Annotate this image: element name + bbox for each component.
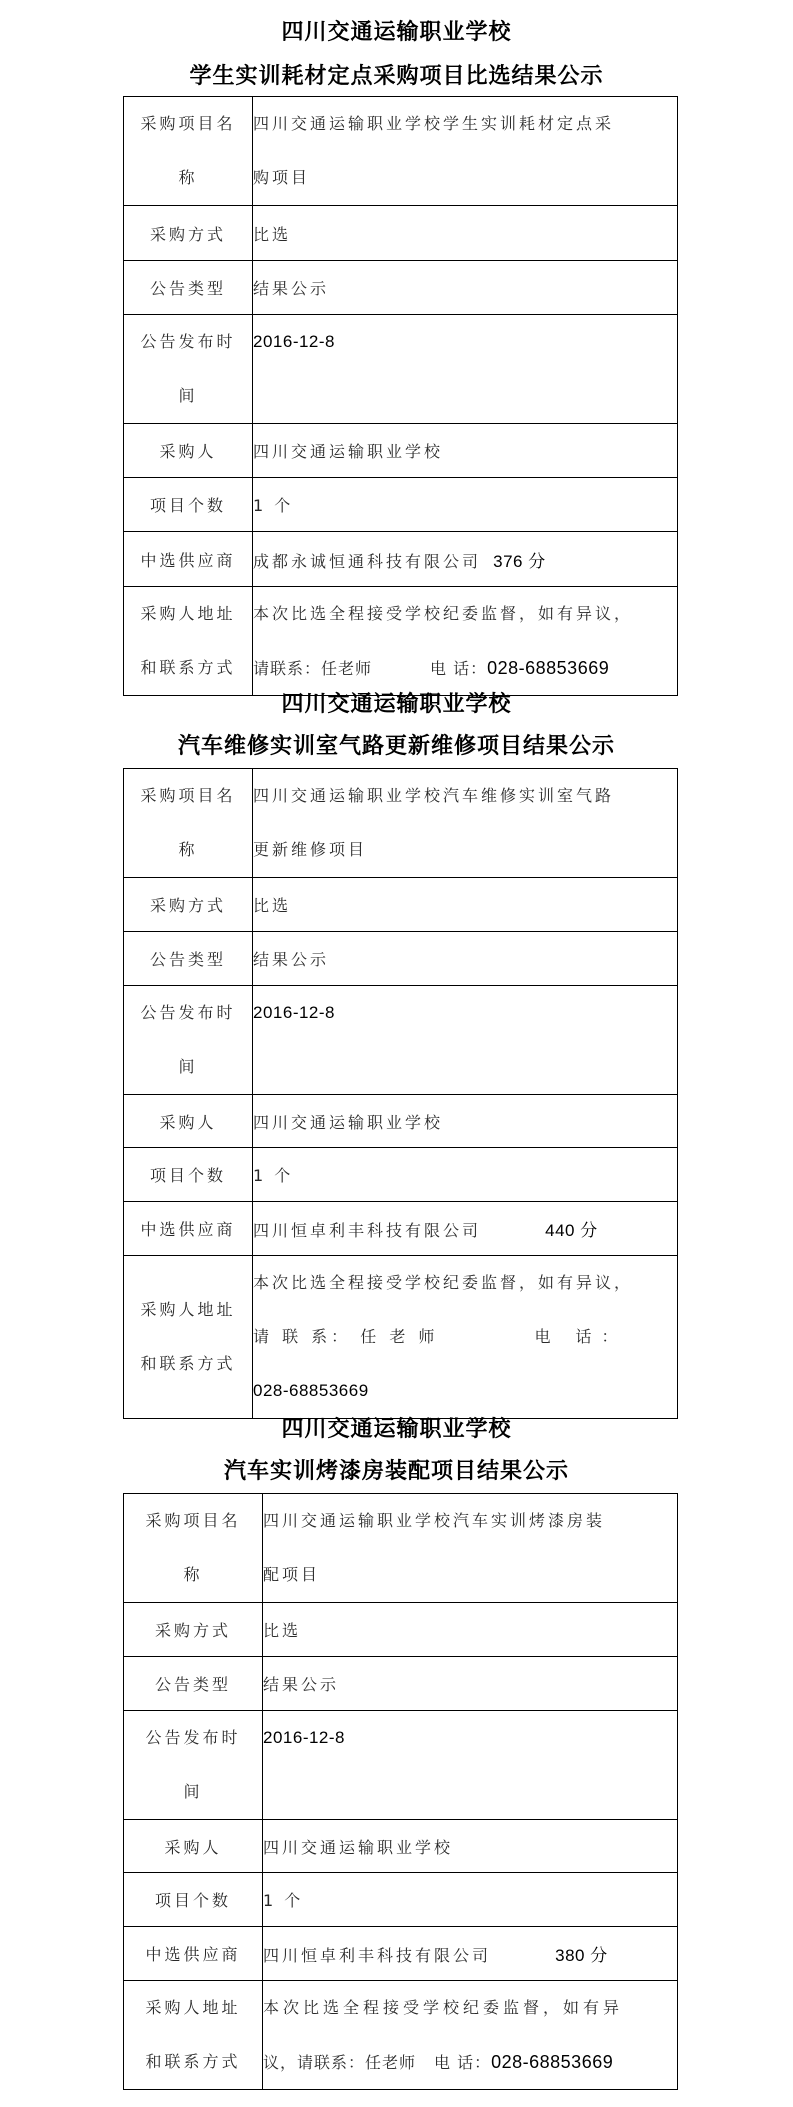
label-project-name: 采购项目名 称	[124, 1494, 263, 1603]
table-row-publish-time: 公告发布时 间 2016-12-8	[124, 315, 678, 424]
notice-1-school-title: 四川交通运输职业学校	[0, 18, 793, 48]
label-line: 间	[124, 1040, 252, 1094]
notice-2-table: 采购项目名 称 四川交通运输职业学校汽车维修实训室气路 更新维修项目 采购方式 …	[123, 768, 678, 1419]
table-row-item-count: 项目个数 1 个	[124, 478, 678, 532]
label-line: 公告发布时	[124, 986, 252, 1040]
table-row-contact: 采购人地址 和联系方式 本次比选全程接受学校纪委监督，如有异议， 请联系：任老师…	[124, 587, 678, 696]
value-supplier: 成都永诚恒通科技有限公司 376 分	[253, 532, 678, 587]
value-publish-time: 2016-12-8	[263, 1711, 678, 1820]
table-row-supplier: 中选供应商 四川恒卓利丰科技有限公司 440 分	[124, 1202, 678, 1256]
value-line: 四川交通运输职业学校学生实训耗材定点采	[253, 97, 677, 151]
value-project-name: 四川交通运输职业学校汽车维修实训室气路 更新维修项目	[253, 769, 678, 878]
date-value: 2016-12-8	[253, 315, 677, 369]
label-purchaser: 采购人	[124, 1820, 263, 1873]
value-method: 比选	[253, 206, 678, 261]
label-method: 采购方式	[124, 878, 253, 932]
table-row-type: 公告类型 结果公示	[124, 932, 678, 986]
notice-1-title: 学生实训耗材定点采购项目比选结果公示	[0, 62, 793, 92]
table-row-project-name: 采购项目名 称 四川交通运输职业学校汽车维修实训室气路 更新维修项目	[124, 769, 678, 878]
label-line: 称	[124, 151, 252, 205]
label-publish-time: 公告发布时 间	[124, 1711, 263, 1820]
value-publish-time: 2016-12-8	[253, 315, 678, 424]
label-item-count: 项目个数	[124, 1873, 263, 1927]
label-line: 称	[124, 823, 252, 877]
table-row-item-count: 项目个数 1 个	[124, 1873, 678, 1927]
label-line: 间	[124, 369, 252, 423]
supplier-name: 四川恒卓利丰科技有限公司	[263, 1946, 491, 1965]
label-project-name: 采购项目名 称	[124, 97, 253, 206]
phone-number: 028-68853669	[491, 2052, 613, 2072]
table-row-item-count: 项目个数 1 个	[124, 1148, 678, 1202]
label-method: 采购方式	[124, 1603, 263, 1657]
table-row-method: 采购方式 比选	[124, 878, 678, 932]
label-supplier: 中选供应商	[124, 1927, 263, 1981]
value-item-count: 1 个	[263, 1873, 678, 1927]
label-line: 采购人地址	[124, 1981, 262, 2035]
label-type: 公告类型	[124, 932, 253, 986]
empty-line	[263, 1765, 677, 1819]
contact-person: 请 联 系： 任 老 师	[253, 1327, 438, 1346]
table-row-project-name: 采购项目名 称 四川交通运输职业学校汽车实训烤漆房装 配项目	[124, 1494, 678, 1603]
contact-person: 请联系：任老师	[253, 659, 372, 678]
label-supplier: 中选供应商	[124, 1202, 253, 1256]
label-contact: 采购人地址 和联系方式	[124, 587, 253, 696]
contact-line: 本次比选全程接受学校纪委监督，如有异	[263, 1981, 677, 2035]
label-line: 和联系方式	[124, 2035, 262, 2089]
table-row-contact: 采购人地址 和联系方式 本次比选全程接受学校纪委监督，如有异 议，请联系：任老师…	[124, 1981, 678, 2090]
phone-label: 电 话：	[434, 2053, 491, 2072]
notice-1-table: 采购项目名 称 四川交通运输职业学校学生实训耗材定点采 购项目 采购方式 比选 …	[123, 96, 678, 696]
label-line: 和联系方式	[124, 1337, 252, 1391]
label-line: 采购项目名	[124, 769, 252, 823]
value-purchaser: 四川交通运输职业学校	[253, 424, 678, 478]
table-row-method: 采购方式 比选	[124, 206, 678, 261]
table-row-publish-time: 公告发布时 间 2016-12-8	[124, 1711, 678, 1820]
label-line: 公告发布时	[124, 315, 252, 369]
label-supplier: 中选供应商	[124, 532, 253, 587]
value-method: 比选	[253, 878, 678, 932]
contact-line: 请联系：任老师电 话：028-68853669	[253, 641, 677, 695]
label-publish-time: 公告发布时 间	[124, 986, 253, 1095]
date-value: 2016-12-8	[253, 986, 677, 1040]
empty-line	[253, 369, 677, 423]
supplier-name: 四川恒卓利丰科技有限公司	[253, 1221, 481, 1240]
label-line: 采购人地址	[124, 587, 252, 641]
value-item-count: 1 个	[253, 1148, 678, 1202]
table-row-contact: 采购人地址 和联系方式 本次比选全程接受学校纪委监督，如有异议， 请 联 系： …	[124, 1256, 678, 1419]
label-type: 公告类型	[124, 1657, 263, 1711]
date-value: 2016-12-8	[263, 1711, 677, 1765]
value-type: 结果公示	[253, 261, 678, 315]
label-project-name: 采购项目名 称	[124, 769, 253, 878]
value-contact: 本次比选全程接受学校纪委监督，如有异议， 请 联 系： 任 老 师电 话： 02…	[253, 1256, 678, 1419]
table-row-publish-time: 公告发布时 间 2016-12-8	[124, 986, 678, 1095]
label-contact: 采购人地址 和联系方式	[124, 1256, 253, 1419]
label-type: 公告类型	[124, 261, 253, 315]
value-line: 四川交通运输职业学校汽车维修实训室气路	[253, 769, 677, 823]
label-publish-time: 公告发布时 间	[124, 315, 253, 424]
notice-3-table: 采购项目名 称 四川交通运输职业学校汽车实训烤漆房装 配项目 采购方式 比选 公…	[123, 1493, 678, 2090]
notice-3-school-title: 四川交通运输职业学校	[0, 1415, 793, 1445]
label-item-count: 项目个数	[124, 478, 253, 532]
label-method: 采购方式	[124, 206, 253, 261]
label-line: 采购项目名	[124, 97, 252, 151]
notice-3-title: 汽车实训烤漆房装配项目结果公示	[0, 1457, 793, 1487]
supplier-score: 380 分	[555, 1946, 608, 1965]
value-item-count: 1 个	[253, 478, 678, 532]
phone-label: 电 话：	[534, 1327, 627, 1346]
value-purchaser: 四川交通运输职业学校	[263, 1820, 678, 1873]
table-row-purchaser: 采购人 四川交通运输职业学校	[124, 424, 678, 478]
value-type: 结果公示	[253, 932, 678, 986]
value-purchaser: 四川交通运输职业学校	[253, 1095, 678, 1148]
contact-line: 议，请联系：任老师电 话：028-68853669	[263, 2035, 677, 2089]
table-row-purchaser: 采购人 四川交通运输职业学校	[124, 1820, 678, 1873]
table-row-supplier: 中选供应商 四川恒卓利丰科技有限公司 380 分	[124, 1927, 678, 1981]
label-line: 公告发布时	[124, 1711, 262, 1765]
label-line: 和联系方式	[124, 641, 252, 695]
value-supplier: 四川恒卓利丰科技有限公司 380 分	[263, 1927, 678, 1981]
value-line: 配项目	[263, 1548, 677, 1602]
label-line: 采购项目名	[124, 1494, 262, 1548]
contact-line: 本次比选全程接受学校纪委监督，如有异议，	[253, 587, 677, 641]
supplier-score: 376 分	[493, 552, 546, 571]
notice-2-school-title: 四川交通运输职业学校	[0, 690, 793, 720]
value-line: 四川交通运输职业学校汽车实训烤漆房装	[263, 1494, 677, 1548]
value-method: 比选	[263, 1603, 678, 1657]
value-publish-time: 2016-12-8	[253, 986, 678, 1095]
supplier-score: 440 分	[545, 1221, 598, 1240]
label-purchaser: 采购人	[124, 424, 253, 478]
value-contact: 本次比选全程接受学校纪委监督，如有异议， 请联系：任老师电 话：028-6885…	[253, 587, 678, 696]
notice-2-title: 汽车维修实训室气路更新维修项目结果公示	[0, 732, 793, 762]
contact-person: 议，请联系：任老师	[263, 2053, 416, 2072]
value-line: 购项目	[253, 151, 677, 205]
table-row-supplier: 中选供应商 成都永诚恒通科技有限公司 376 分	[124, 532, 678, 587]
value-project-name: 四川交通运输职业学校学生实训耗材定点采 购项目	[253, 97, 678, 206]
label-purchaser: 采购人	[124, 1095, 253, 1148]
value-type: 结果公示	[263, 1657, 678, 1711]
empty-line	[253, 1040, 677, 1094]
supplier-name: 成都永诚恒通科技有限公司	[253, 552, 481, 571]
label-line: 采购人地址	[124, 1283, 252, 1337]
contact-line: 请 联 系： 任 老 师电 话：	[253, 1310, 677, 1364]
label-contact: 采购人地址 和联系方式	[124, 1981, 263, 2090]
phone-label: 电 话：	[430, 659, 487, 678]
phone-number: 028-68853669	[487, 658, 609, 678]
label-item-count: 项目个数	[124, 1148, 253, 1202]
table-row-project-name: 采购项目名 称 四川交通运输职业学校学生实训耗材定点采 购项目	[124, 97, 678, 206]
table-row-type: 公告类型 结果公示	[124, 261, 678, 315]
label-line: 间	[124, 1765, 262, 1819]
phone-number: 028-68853669	[253, 1364, 677, 1418]
label-line: 称	[124, 1548, 262, 1602]
table-row-purchaser: 采购人 四川交通运输职业学校	[124, 1095, 678, 1148]
value-project-name: 四川交通运输职业学校汽车实训烤漆房装 配项目	[263, 1494, 678, 1603]
value-contact: 本次比选全程接受学校纪委监督，如有异 议，请联系：任老师电 话：028-6885…	[263, 1981, 678, 2090]
value-line: 更新维修项目	[253, 823, 677, 877]
contact-line: 本次比选全程接受学校纪委监督，如有异议，	[253, 1256, 677, 1310]
value-supplier: 四川恒卓利丰科技有限公司 440 分	[253, 1202, 678, 1256]
table-row-type: 公告类型 结果公示	[124, 1657, 678, 1711]
table-row-method: 采购方式 比选	[124, 1603, 678, 1657]
